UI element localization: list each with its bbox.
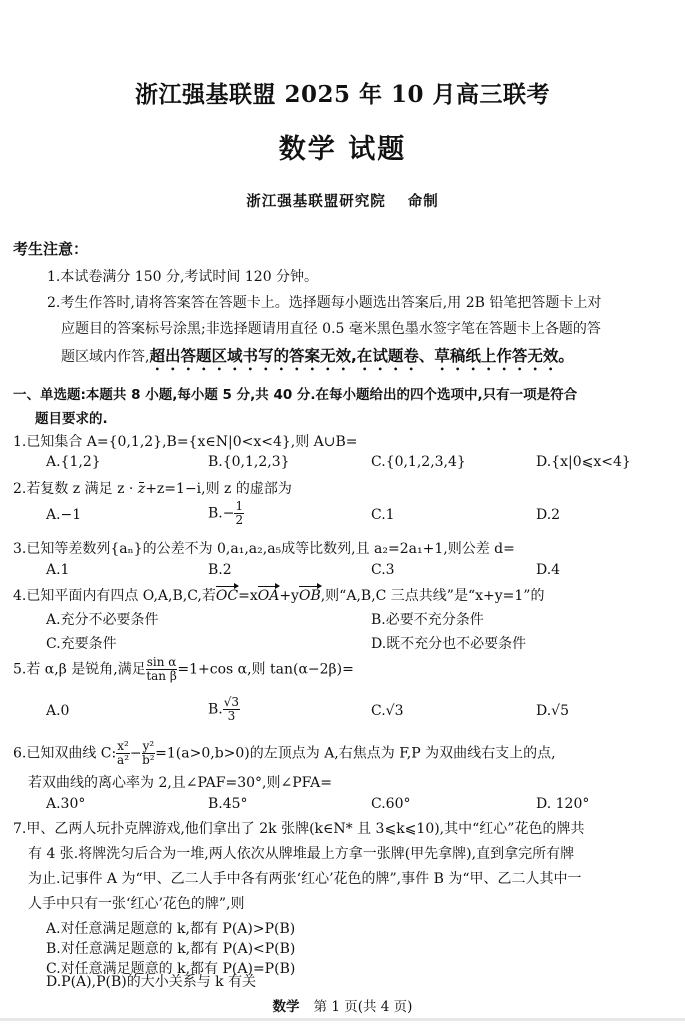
question-stem: 若复数 z 满足 z · xyxy=(26,481,137,497)
question-7-line-3: 为止.记事件 A 为“甲、乙二人手中各有两张‘红心’花色的牌”,事件 B 为“甲… xyxy=(28,868,581,888)
q3-option-a: A.1 xyxy=(46,562,69,578)
q4-option-b: B.必要不充分条件 xyxy=(371,609,484,629)
notice-item-2-cont: 应题目的答案标号涂黑;非选择题请用直径 0.5 毫米黑色墨水签字笔在答题卡上各题… xyxy=(61,318,601,338)
author-role: 命制 xyxy=(408,194,439,210)
exam-page: 浙江强基联盟 2025 年 10 月高三联考 数学 试题 浙江强基联盟研究院命制… xyxy=(0,0,685,1024)
q4-option-d: D.既不充分也不必要条件 xyxy=(371,633,526,653)
question-stem: 已知等差数列{aₙ}的公差不为 0,a₁,a₂,a₅成等比数列,且 a₂=2a₁… xyxy=(26,541,515,557)
q1-option-d: D.{x|0⩽x<4} xyxy=(536,454,631,470)
q3-option-d: D.4 xyxy=(536,562,560,578)
q1-option-b: B.{0,1,2,3} xyxy=(208,454,290,470)
question-3: 3.已知等差数列{aₙ}的公差不为 0,a₁,a₂,a₅成等比数列,且 a₂=2… xyxy=(13,538,515,558)
q5-option-a: A.0 xyxy=(46,703,69,719)
question-stem: 已知平面内有四点 O,A,B,C,若 xyxy=(26,588,216,604)
question-number: 4. xyxy=(13,588,26,604)
q5-option-d: D.√5 xyxy=(536,703,569,719)
q5-option-b: B.√33 xyxy=(208,696,240,723)
notice-item-1: 1.本试卷满分 150 分,考试时间 120 分钟。 xyxy=(47,266,318,286)
vector-oc: OC xyxy=(216,588,238,604)
question-stem-end: +z=1−i,则 z 的虚部为 xyxy=(145,481,292,497)
fraction: √33 xyxy=(223,696,240,723)
subject-title: 数学 试题 xyxy=(0,127,685,166)
q6-option-c: C.60° xyxy=(371,796,410,812)
question-1: 1.已知集合 A={0,1,2},B={x∈N|0<x<4},则 A∪B= xyxy=(13,431,358,451)
question-4: 4.已知平面内有四点 O,A,B,C,若OC=xOA+yOB,则“A,B,C 三… xyxy=(13,585,544,605)
exam-title: 浙江强基联盟 2025 年 10 月高三联考 xyxy=(0,76,685,109)
equals: =x xyxy=(238,588,258,604)
page-bottom-edge xyxy=(0,1018,685,1021)
fraction-den: 2 xyxy=(234,514,244,527)
question-number: 7. xyxy=(13,821,26,837)
question-7-line-2: 有 4 张.将牌洗匀后合为一堆,两人依次从牌堆最上方拿一张牌(甲先拿牌),直到拿… xyxy=(28,843,574,863)
fraction-num: 1 xyxy=(234,500,244,514)
q6-option-a: A.30° xyxy=(46,796,85,812)
fraction: 12 xyxy=(234,500,244,527)
question-stem: 已知双曲线 C: xyxy=(26,746,116,762)
notice-item-2: 2.考生作答时,请将答案答在答题卡上。选择题每小题选出答案后,用 2B 铅笔把答… xyxy=(47,292,601,312)
q3-option-b: B.2 xyxy=(208,562,232,578)
fraction-num: √3 xyxy=(223,696,240,710)
fraction-y: y²b² xyxy=(142,740,156,767)
footer-page-number: 第 1 页(共 4 页) xyxy=(314,999,413,1015)
q6-option-b: B.45° xyxy=(208,796,248,812)
q1-option-a: A.{1,2} xyxy=(46,454,101,470)
option-label: B. xyxy=(208,702,223,718)
question-stem-end: ,则“A,B,C 三点共线”是“x+y=1”的 xyxy=(321,588,545,604)
question-number: 2. xyxy=(13,481,26,497)
fraction: sin αtan β xyxy=(146,656,178,683)
question-stem: 甲、乙两人玩扑克牌游戏,他们拿出了 2k 张牌(k∈N* 且 3⩽k⩽10),其… xyxy=(26,821,584,837)
section-heading-cont: 题目要求的. xyxy=(35,407,108,427)
question-number: 5. xyxy=(13,662,26,678)
question-number: 6. xyxy=(13,746,26,762)
conjugate-z: z xyxy=(138,481,145,497)
q3-option-c: C.3 xyxy=(371,562,395,578)
question-5: 5.若 α,β 是锐角,满足sin αtan β=1+cos α,则 tan(α… xyxy=(13,656,354,683)
question-stem: 若 α,β 是锐角,满足 xyxy=(26,662,145,678)
author-line: 浙江强基联盟研究院命制 xyxy=(0,190,685,211)
page-footer: 数学第 1 页(共 4 页) xyxy=(0,995,685,1015)
question-7: 7.甲、乙两人玩扑克牌游戏,他们拿出了 2k 张牌(k∈N* 且 3⩽k⩽10)… xyxy=(13,818,584,838)
minus: − xyxy=(130,746,142,762)
fraction-x: x²a² xyxy=(116,740,130,767)
question-6: 6.已知双曲线 C:x²a²−y²b²=1(a>0,b>0)的左顶点为 A,右焦… xyxy=(13,740,556,767)
plus: +y xyxy=(279,588,299,604)
footer-subject: 数学 xyxy=(273,999,300,1015)
vector-ob: OB xyxy=(299,588,321,604)
fraction-den: 3 xyxy=(223,710,240,723)
question-number: 3. xyxy=(13,541,26,557)
fraction-num: y² xyxy=(142,740,156,754)
notice-emphasis: 超出答题区域书写的答案无效,在试题卷、草稿纸上作答无效。 xyxy=(149,347,573,365)
q1-option-c: C.{0,1,2,3,4} xyxy=(371,454,466,470)
question-6-cont: 若双曲线的离心率为 2,且∠PAF=30°,则∠PFA= xyxy=(28,772,332,792)
fraction-num: x² xyxy=(116,740,130,754)
notice-plain: 题区域内作答, xyxy=(61,349,149,365)
q5-option-c: C.√3 xyxy=(371,703,404,719)
q7-option-a: A.对任意满足题意的 k,都有 P(A)>P(B) xyxy=(46,918,295,938)
fraction-den: a² xyxy=(116,754,130,767)
fraction-den: tan β xyxy=(146,670,178,683)
q2-option-b: B.−12 xyxy=(208,500,244,527)
section-heading: 一、单选题:本题共 8 小题,每小题 5 分,共 40 分.在每小题给出的四个选… xyxy=(13,383,577,403)
fraction-num: sin α xyxy=(146,656,178,670)
vector-oa: OA xyxy=(258,588,280,604)
question-stem: 已知集合 A={0,1,2},B={x∈N|0<x<4},则 A∪B= xyxy=(26,434,357,450)
q7-option-b: B.对任意满足题意的 k,都有 P(A)<P(B) xyxy=(46,938,295,958)
q2-option-d: D.2 xyxy=(536,507,560,523)
question-stem-end: =1+cos α,则 tan(α−2β)= xyxy=(177,662,353,678)
q4-option-a: A.充分不必要条件 xyxy=(46,609,159,629)
notice-item-2-cont2: 题区域内作答,超出答题区域书写的答案无效,在试题卷、草稿纸上作答无效。 xyxy=(61,344,574,374)
q2-option-c: C.1 xyxy=(371,507,395,523)
question-2: 2.若复数 z 满足 z · z+z=1−i,则 z 的虚部为 xyxy=(13,478,292,498)
q7-option-d: D.P(A),P(B)的大小关系与 k 有关 xyxy=(46,971,256,991)
fraction-den: b² xyxy=(142,754,156,767)
author-org: 浙江强基联盟研究院 xyxy=(246,194,386,210)
question-number: 1. xyxy=(13,434,26,450)
notice-heading: 考生注意： xyxy=(13,238,88,259)
q6-option-d: D. 120° xyxy=(536,796,589,812)
q4-option-c: C.充要条件 xyxy=(46,633,117,653)
option-label: B.− xyxy=(208,506,234,522)
question-stem-end: =1(a>0,b>0)的左顶点为 A,右焦点为 F,P 为双曲线右支上的点, xyxy=(155,746,555,762)
question-7-line-4: 人手中只有一张‘红心’花色的牌”,则 xyxy=(28,893,245,913)
q2-option-a: A.−1 xyxy=(46,507,81,523)
